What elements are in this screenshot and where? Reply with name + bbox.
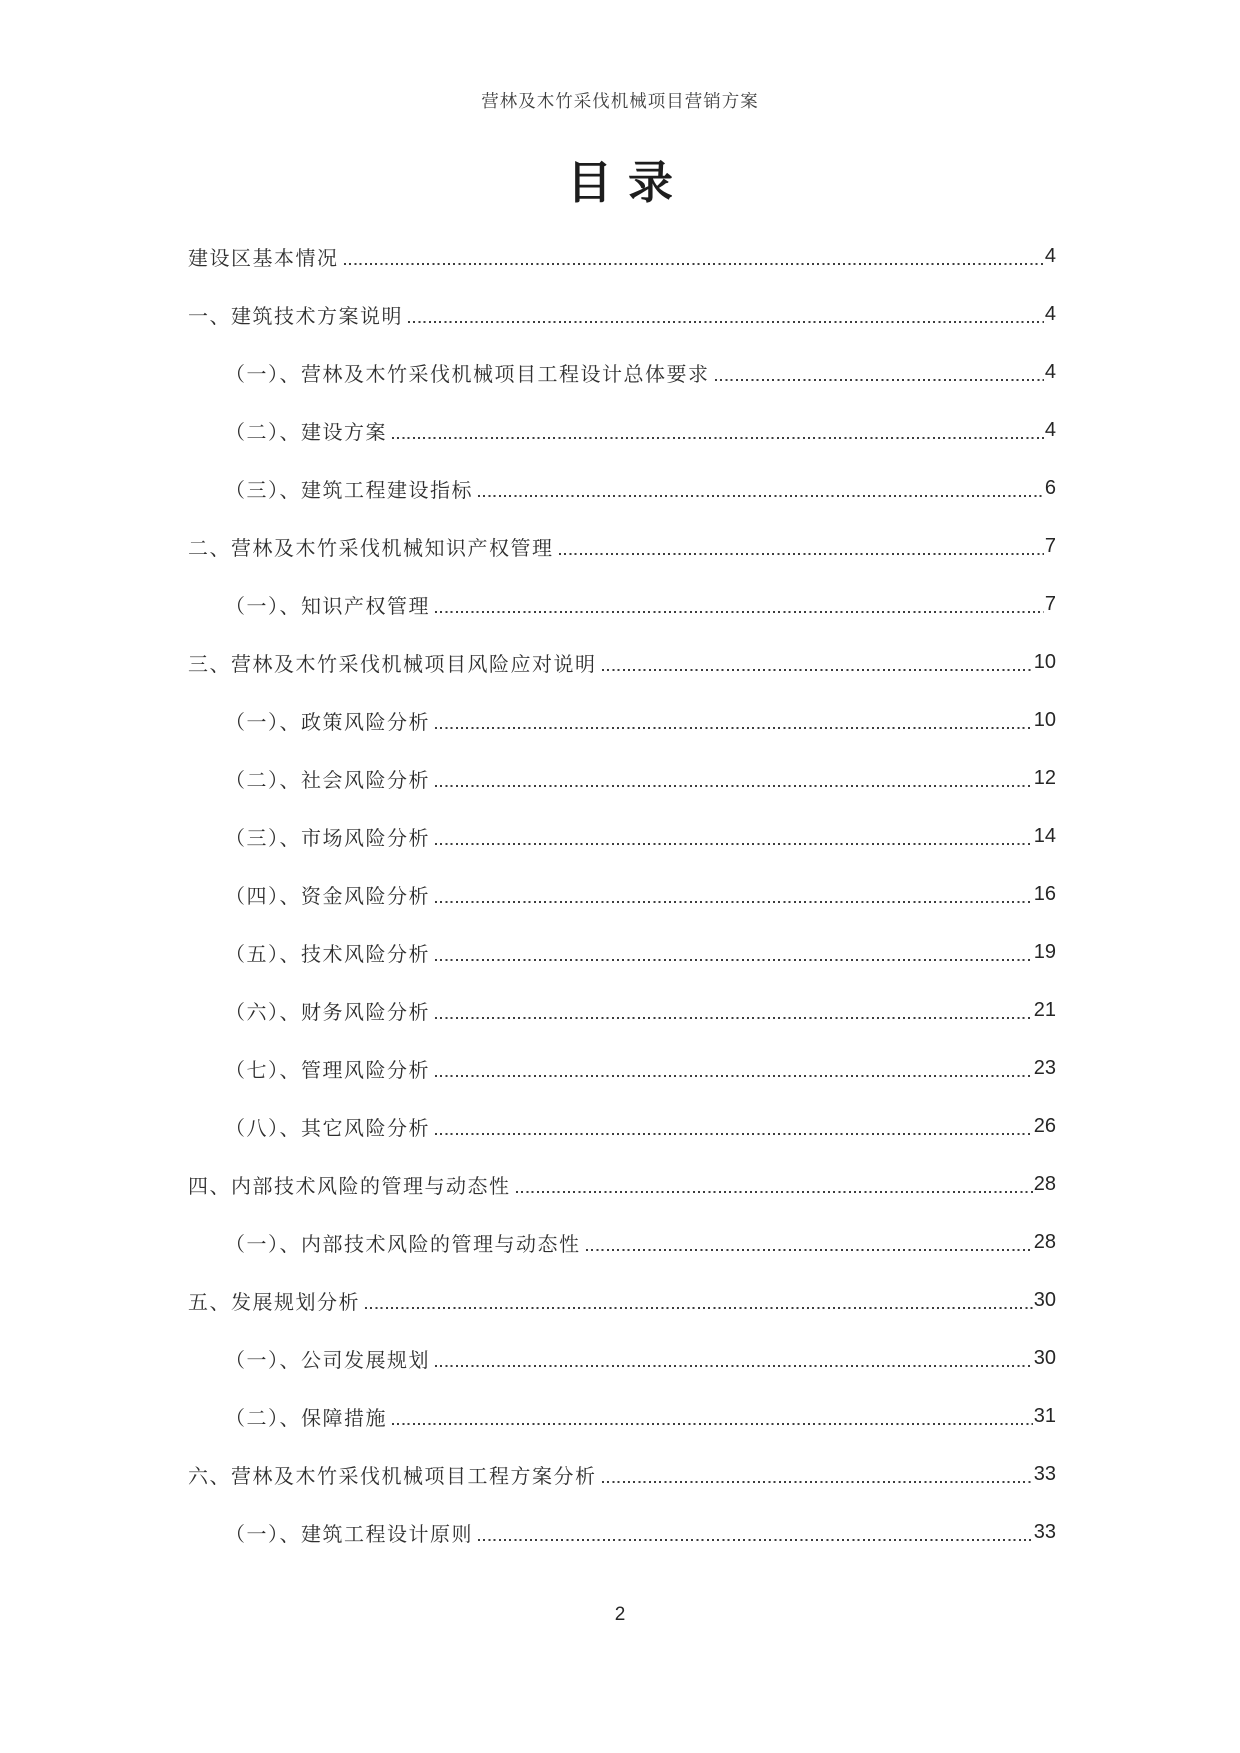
toc-entry: （二）、社会风险分析 12 <box>188 749 1056 807</box>
toc-entry: 二、营林及木竹采伐机械知识产权管理 7 <box>188 517 1056 575</box>
dotted-leader <box>478 495 1044 497</box>
toc-entry: （一）、建筑工程设计原则 33 <box>188 1503 1056 1561</box>
toc-entry-page-number: 28 <box>1034 1231 1056 1254</box>
toc-entry-page-number: 28 <box>1034 1173 1056 1196</box>
toc-entry: 四、内部技术风险的管理与动态性 28 <box>188 1155 1056 1213</box>
toc-entry-page-number: 16 <box>1034 883 1056 906</box>
dotted-leader <box>602 669 1033 671</box>
toc-entry-label: （六）、财务风险分析 <box>225 996 430 1025</box>
toc-entry: 五、发展规划分析 30 <box>188 1271 1056 1329</box>
toc-entry-label: （四）、资金风险分析 <box>225 880 430 909</box>
toc-entry-page-number: 19 <box>1034 941 1056 964</box>
document-page: 营林及木竹采伐机械项目营销方案 目录 建设区基本情况 4 一、建筑技术方案说明 … <box>0 0 1240 1753</box>
dotted-leader <box>715 379 1044 381</box>
toc-entry: 六、营林及木竹采伐机械项目工程方案分析 33 <box>188 1445 1056 1503</box>
toc-entry-page-number: 4 <box>1045 419 1056 442</box>
toc-entry-page-number: 10 <box>1034 651 1056 674</box>
toc-entry-page-number: 4 <box>1045 303 1056 326</box>
toc-entry: （一）、营林及木竹采伐机械项目工程设计总体要求 4 <box>188 343 1056 401</box>
toc-entry-label: （一）、公司发展规划 <box>225 1344 430 1373</box>
dotted-leader <box>602 1481 1033 1483</box>
dotted-leader <box>435 785 1033 787</box>
toc-entry-label: （一）、内部技术风险的管理与动态性 <box>225 1228 581 1257</box>
toc-entry: 一、建筑技术方案说明 4 <box>188 285 1056 343</box>
toc-entry-label: 六、营林及木竹采伐机械项目工程方案分析 <box>188 1460 597 1489</box>
toc-entry: （八）、其它风险分析 26 <box>188 1097 1056 1155</box>
toc-entry: （一）、公司发展规划 30 <box>188 1329 1056 1387</box>
dotted-leader <box>586 1249 1033 1251</box>
toc-entry-label: （三）、建筑工程建设指标 <box>225 474 473 503</box>
dotted-leader <box>435 1017 1033 1019</box>
toc-entry: （二）、建设方案 4 <box>188 401 1056 459</box>
toc-entry: （一）、内部技术风险的管理与动态性 28 <box>188 1213 1056 1271</box>
dotted-leader <box>435 959 1033 961</box>
dotted-leader <box>365 1307 1033 1309</box>
dotted-leader <box>344 263 1044 265</box>
toc-entry: 三、营林及木竹采伐机械项目风险应对说明 10 <box>188 633 1056 691</box>
toc-entry-label: （一）、政策风险分析 <box>225 706 430 735</box>
toc-entry: （二）、保障措施 31 <box>188 1387 1056 1445</box>
footer-page-number: 2 <box>0 1604 1240 1626</box>
toc-entry-label: （一）、建筑工程设计原则 <box>225 1518 473 1547</box>
toc-entry-label: 一、建筑技术方案说明 <box>188 300 403 329</box>
dotted-leader <box>435 1133 1033 1135</box>
toc-entry-page-number: 6 <box>1045 477 1056 500</box>
toc-entry-label: （八）、其它风险分析 <box>225 1112 430 1141</box>
toc-entry: （三）、市场风险分析 14 <box>188 807 1056 865</box>
page-title: 目录 <box>0 146 1240 211</box>
dotted-leader <box>392 1423 1033 1425</box>
toc-entry: （四）、资金风险分析 16 <box>188 865 1056 923</box>
toc-entry: （五）、技术风险分析 19 <box>188 923 1056 981</box>
toc-entry-page-number: 14 <box>1034 825 1056 848</box>
dotted-leader <box>435 611 1044 613</box>
toc-entry-page-number: 30 <box>1034 1347 1056 1370</box>
toc-entry-page-number: 31 <box>1034 1405 1056 1428</box>
dotted-leader <box>392 437 1044 439</box>
toc-entry-label: 建设区基本情况 <box>188 242 339 271</box>
toc-entry-page-number: 10 <box>1034 709 1056 732</box>
toc-entry-label: 二、营林及木竹采伐机械知识产权管理 <box>188 532 554 561</box>
dotted-leader <box>435 901 1033 903</box>
toc-entry: （一）、知识产权管理 7 <box>188 575 1056 633</box>
dotted-leader <box>559 553 1044 555</box>
toc-entry-page-number: 21 <box>1034 999 1056 1022</box>
toc-entry-label: 三、营林及木竹采伐机械项目风险应对说明 <box>188 648 597 677</box>
toc-entry-label: 五、发展规划分析 <box>188 1286 360 1315</box>
dotted-leader <box>478 1539 1033 1541</box>
toc-entry: （六）、财务风险分析 21 <box>188 981 1056 1039</box>
toc-entry-page-number: 7 <box>1045 593 1056 616</box>
toc-entry: （七）、管理风险分析 23 <box>188 1039 1056 1097</box>
dotted-leader <box>435 1365 1033 1367</box>
document-header-title: 营林及木竹采伐机械项目营销方案 <box>0 88 1240 113</box>
toc-entry-label: （三）、市场风险分析 <box>225 822 430 851</box>
table-of-contents: 建设区基本情况 4 一、建筑技术方案说明 4 （一）、营林及木竹采伐机械项目工程… <box>188 227 1056 1561</box>
toc-entry: （三）、建筑工程建设指标 6 <box>188 459 1056 517</box>
toc-entry: （一）、政策风险分析 10 <box>188 691 1056 749</box>
dotted-leader <box>408 321 1044 323</box>
toc-entry-label: （一）、知识产权管理 <box>225 590 430 619</box>
toc-entry-label: 四、内部技术风险的管理与动态性 <box>188 1170 511 1199</box>
toc-entry-label: （二）、建设方案 <box>225 416 387 445</box>
toc-entry-page-number: 7 <box>1045 535 1056 558</box>
toc-entry-page-number: 23 <box>1034 1057 1056 1080</box>
toc-entry-page-number: 30 <box>1034 1289 1056 1312</box>
toc-entry-page-number: 26 <box>1034 1115 1056 1138</box>
toc-entry-page-number: 33 <box>1034 1521 1056 1544</box>
toc-entry-label: （七）、管理风险分析 <box>225 1054 430 1083</box>
dotted-leader <box>435 843 1033 845</box>
toc-entry-page-number: 4 <box>1045 361 1056 384</box>
toc-entry-label: （五）、技术风险分析 <box>225 938 430 967</box>
toc-entry-label: （二）、社会风险分析 <box>225 764 430 793</box>
toc-entry-page-number: 12 <box>1034 767 1056 790</box>
toc-entry-page-number: 4 <box>1045 245 1056 268</box>
toc-entry-page-number: 33 <box>1034 1463 1056 1486</box>
toc-entry: 建设区基本情况 4 <box>188 227 1056 285</box>
dotted-leader <box>516 1191 1033 1193</box>
toc-entry-label: （一）、营林及木竹采伐机械项目工程设计总体要求 <box>225 358 710 387</box>
dotted-leader <box>435 1075 1033 1077</box>
toc-entry-label: （二）、保障措施 <box>225 1402 387 1431</box>
dotted-leader <box>435 727 1033 729</box>
